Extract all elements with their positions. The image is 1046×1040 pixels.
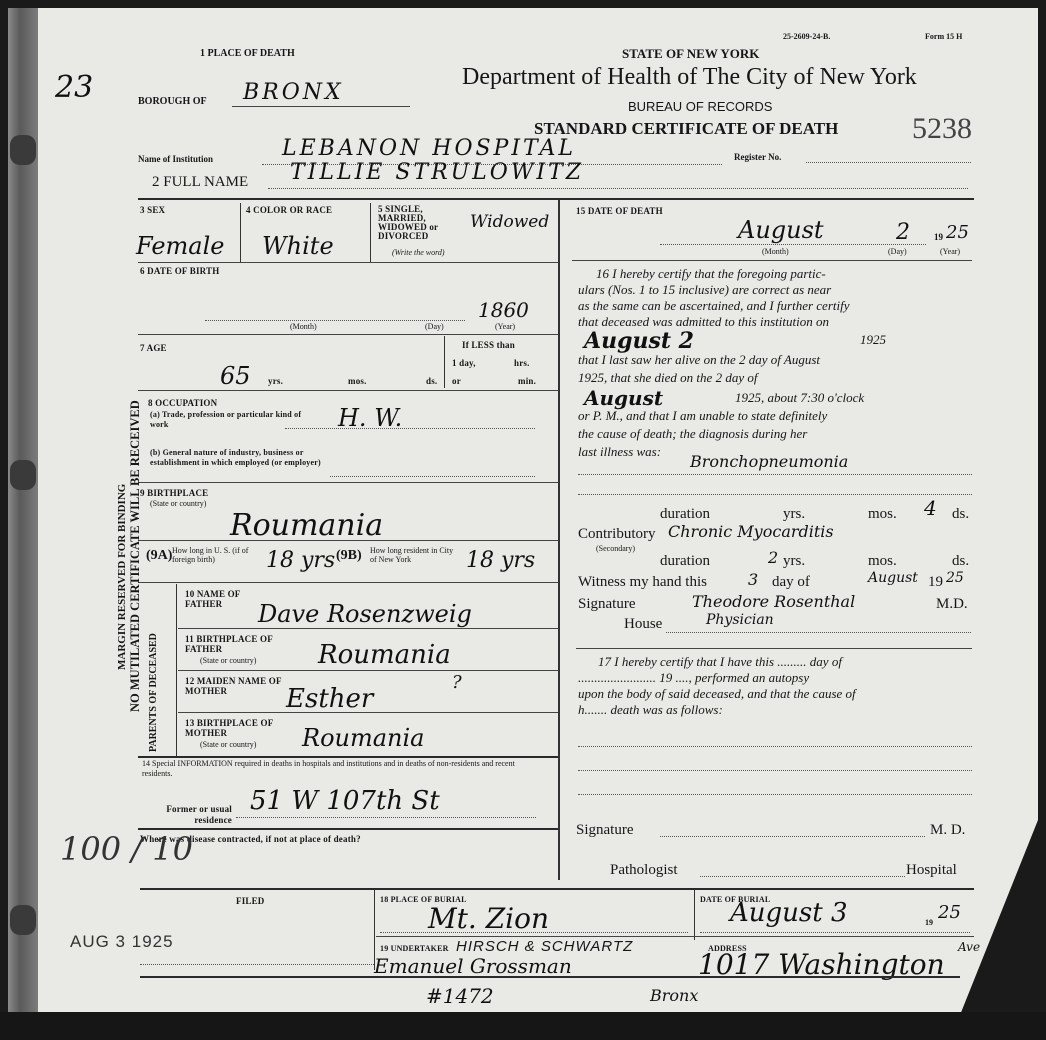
column-divider	[558, 200, 560, 880]
undertaker-stamp: HIRSCH & SCHWARTZ	[456, 938, 633, 955]
department-title: Department of Health of The City of New …	[462, 64, 917, 91]
divider	[138, 756, 558, 758]
parents-of-deceased-label: PARENTS OF DECEASED	[148, 633, 159, 752]
nyc-duration-value: 18 yrs	[466, 548, 535, 573]
divider	[138, 540, 558, 541]
dob-month-label: (Month)	[290, 322, 317, 331]
yrs-label: yrs.	[783, 506, 805, 523]
cert17-line: h....... death was as follows:	[578, 702, 974, 718]
father-birthplace-value: Roumania	[318, 640, 451, 670]
admitted-year-value: 1925	[860, 332, 886, 348]
death-day-value: 2	[896, 220, 910, 245]
form-number: Form 15 H	[925, 32, 962, 41]
dob-label: 6 DATE OF BIRTH	[140, 266, 219, 276]
item-9b-marker: (9B)	[336, 548, 362, 564]
cert17-line: upon the body of said deceased, and that…	[578, 686, 974, 702]
divider	[138, 390, 558, 391]
marital-hint: (Write the word)	[392, 248, 445, 257]
divider	[178, 712, 558, 713]
one-day-label: 1 day,	[452, 358, 476, 368]
underline	[578, 746, 972, 747]
cert16-line: 16 I hereby certify that the foregoing p…	[578, 266, 974, 282]
house-value: Physician	[706, 612, 774, 628]
yrs-label: yrs.	[783, 553, 805, 570]
divider	[694, 890, 695, 940]
hospital-label: Hospital	[906, 862, 957, 879]
address-suffix: Ave	[958, 940, 980, 954]
scan-border	[0, 1012, 1046, 1040]
age-years-value: 65	[220, 362, 251, 390]
burial-date-value: August 3	[730, 898, 848, 928]
register-label: Register No.	[734, 152, 781, 162]
death-year-label: (Year)	[940, 247, 960, 256]
special-info-label: 14 Special INFORMATION required in death…	[142, 759, 542, 779]
ampm-text: or P. M., and that I am unable to state …	[578, 408, 974, 424]
underline	[205, 320, 465, 321]
divider	[176, 584, 177, 756]
divider	[138, 482, 558, 483]
binding-ring	[10, 905, 36, 935]
cert16-line: as the same can be ascertained, and I fu…	[578, 298, 974, 314]
borough-value: BRONX	[243, 80, 344, 105]
witness-day: 3	[748, 570, 758, 589]
dob-year-value: 1860	[478, 298, 529, 322]
mother-maiden-note: ?	[452, 672, 462, 693]
burial-place-value: Mt. Zion	[428, 902, 549, 935]
secondary-label: (Secondary)	[596, 544, 635, 553]
contributory-value: Chronic Myocarditis	[668, 522, 834, 541]
mos-label: mos.	[868, 553, 897, 570]
age-ds-label: ds.	[426, 376, 437, 386]
burial-year-value: 25	[938, 902, 961, 923]
death-year-prefix: 19	[934, 232, 943, 242]
father-name-label: 10 NAME OF FATHER	[185, 589, 265, 609]
underline	[660, 244, 926, 245]
admitted-date-value: August 2	[584, 328, 694, 354]
cert17-line: 17 I hereby certify that I have this ...…	[578, 654, 974, 670]
illness-text: last illness was:	[578, 444, 661, 460]
father-name-value: Dave Rosenzweig	[258, 600, 472, 628]
underline	[578, 794, 972, 795]
race-value: White	[262, 232, 334, 260]
residence-label: Former or usual residence	[140, 804, 232, 826]
birthplace-hint: (State or country)	[150, 499, 206, 508]
residence-value: 51 W 107th St	[250, 786, 440, 816]
cert16-line: ulars (Nos. 1 to 15 inclusive) are corre…	[578, 282, 974, 298]
divider	[138, 582, 558, 583]
bureau-title: BUREAU OF RECORDS	[628, 99, 772, 114]
witness-month: August	[868, 570, 918, 586]
filed-stamp: AUG 3 1925	[70, 932, 174, 952]
nyc-duration-label: How long resident in City of New York	[370, 546, 460, 564]
witness-year-prefix: 19	[928, 574, 943, 591]
mother-maiden-value: Esther	[286, 684, 373, 714]
divider	[140, 888, 974, 890]
divider	[178, 628, 558, 629]
death-month-label: (Month)	[762, 247, 789, 256]
contributory-label: Contributory	[578, 526, 656, 543]
death-month-value: August	[738, 216, 824, 244]
mother-maiden-label: 12 MAIDEN NAME OF MOTHER	[185, 676, 295, 696]
underline	[380, 932, 688, 933]
cert17-line: ........................ 19 ...., perfor…	[578, 670, 974, 686]
saw-alive-text: that I last saw her alive on the 2 day o…	[578, 352, 974, 368]
sex-value: Female	[136, 232, 225, 260]
witness-label: Witness my hand this	[578, 574, 707, 591]
mos-label: mos.	[868, 506, 897, 523]
marital-label: 5 SINGLE, MARRIED, WIDOWED or DIVORCED	[378, 205, 458, 241]
margin-note: 23	[55, 70, 93, 105]
ds-label: ds.	[952, 553, 969, 570]
institution-label: Name of Institution	[138, 154, 213, 164]
birthplace-label: 9 BIRTHPLACE	[140, 488, 208, 498]
death-day-label: (Day)	[888, 247, 907, 256]
pathologist-label: Pathologist	[610, 862, 678, 879]
signature-label: Signature	[578, 596, 636, 613]
diagnosis-value: Bronchopneumonia	[690, 452, 848, 471]
underline	[236, 817, 536, 818]
divider	[240, 203, 241, 263]
witness-year: 25	[946, 570, 964, 586]
less-than-label: If LESS than	[462, 340, 515, 350]
primary-duration-days: 4	[924, 496, 937, 520]
mother-birthplace-hint: (State or country)	[200, 740, 256, 749]
divider	[370, 203, 371, 263]
certificate-number: 5238	[912, 112, 972, 146]
margin-binding-notice: MARGIN RESERVED FOR BINDING	[116, 484, 128, 670]
place-of-death-label: 1 PLACE OF DEATH	[200, 48, 295, 59]
date-of-death-label: 15 DATE OF DEATH	[576, 206, 663, 216]
undertaker-value: Emanuel Grossman	[374, 954, 572, 978]
mother-birthplace-label: 13 BIRTHPLACE OF MOTHER	[185, 718, 285, 738]
race-label: 4 COLOR OR RACE	[246, 205, 332, 215]
divider	[376, 936, 974, 937]
ds-label: ds.	[952, 506, 969, 523]
divider	[138, 334, 558, 335]
hrs-label: hrs.	[514, 358, 530, 368]
occupation-a-label: (a) Trade, profession or particular kind…	[150, 410, 310, 430]
divider	[572, 260, 972, 261]
died-on-text: 1925, that she died on the 2 day of	[578, 370, 974, 386]
underline	[578, 474, 972, 475]
underline	[330, 476, 535, 477]
min-label: min.	[518, 376, 536, 386]
margin-mutilated-notice: NO MUTILATED CERTIFICATE WILL BE RECEIVE…	[128, 400, 143, 712]
divider	[138, 198, 974, 200]
underline	[666, 632, 971, 633]
father-birthplace-hint: (State or country)	[200, 656, 256, 665]
divider	[444, 336, 445, 388]
autopsy-signature-label: Signature	[576, 822, 634, 839]
certificate-title: STANDARD CERTIFICATE OF DEATH	[534, 119, 838, 139]
full-name-label: 2 FULL NAME	[152, 174, 248, 191]
md-label: M.D.	[936, 596, 968, 613]
margin-notes: 100 / 10	[60, 830, 193, 868]
burial-year-prefix: 19	[925, 918, 933, 927]
divider	[138, 262, 558, 263]
undertaker-label: 19 UNDERTAKER	[380, 944, 449, 953]
certification-16: 16 I hereby certify that the foregoing p…	[578, 266, 974, 330]
occupation-label: 8 OCCUPATION	[148, 398, 217, 408]
autopsy-md-label: M. D.	[930, 822, 965, 839]
us-duration-label: How long in U. S. (if of foreign birth)	[172, 546, 252, 564]
death-year-value: 25	[946, 222, 969, 243]
sex-label: 3 SEX	[140, 205, 165, 215]
borough-label: BOROUGH OF	[138, 96, 207, 107]
occupation-b-label: (b) General nature of industry, business…	[150, 448, 350, 468]
underline	[285, 428, 535, 429]
binding-ring	[10, 460, 36, 490]
cause-text: the cause of death; the diagnosis during…	[578, 426, 974, 442]
duration-label: duration	[660, 553, 710, 570]
us-duration-value: 18 yrs	[266, 548, 335, 573]
dob-day-label: (Day)	[425, 322, 444, 331]
underline	[700, 876, 905, 877]
marital-value: Widowed	[470, 212, 549, 232]
or-label: or	[452, 376, 461, 386]
full-name-value: TILLIE STRULOWITZ	[290, 160, 584, 185]
signature-value: Theodore Rosenthal	[692, 592, 855, 611]
divider	[138, 828, 558, 830]
underline	[578, 494, 972, 495]
binding-ring	[10, 135, 36, 165]
dob-year-label: (Year)	[495, 322, 515, 331]
underline	[660, 836, 925, 837]
item-9a-marker: (9A)	[146, 548, 172, 564]
duration-label: duration	[660, 506, 710, 523]
underline	[268, 188, 968, 189]
certification-17: 17 I hereby certify that I have this ...…	[578, 654, 974, 718]
house-label: House	[624, 616, 662, 633]
permit-number: #1472	[426, 984, 494, 1008]
filed-label: FILED	[236, 896, 265, 906]
died-time-text: 1925, about 7:30 o'clock	[735, 390, 864, 406]
age-label: 7 AGE	[140, 343, 167, 353]
father-birthplace-label: 11 BIRTHPLACE OF FATHER	[185, 634, 285, 654]
form-code: 25-2609-24-B.	[783, 32, 830, 41]
underline	[578, 770, 972, 771]
contributory-duration-yrs: 2	[768, 548, 778, 567]
underline	[232, 106, 410, 107]
institution-value: LEBANON HOSPITAL	[282, 136, 576, 161]
state-title: STATE OF NEW YORK	[622, 46, 759, 62]
age-mos-label: mos.	[348, 376, 367, 386]
underline	[806, 162, 971, 163]
divider	[576, 648, 972, 649]
borough-note: Bronx	[650, 986, 698, 1005]
divider	[140, 976, 960, 978]
divider	[178, 670, 558, 671]
underline	[140, 964, 374, 965]
mother-birthplace-value: Roumania	[302, 724, 424, 752]
underline	[700, 932, 970, 933]
died-month-value: August	[584, 386, 663, 410]
birthplace-value: Roumania	[230, 508, 383, 543]
witness-dayof: day of	[772, 574, 810, 591]
age-yrs-label: yrs.	[268, 376, 283, 386]
